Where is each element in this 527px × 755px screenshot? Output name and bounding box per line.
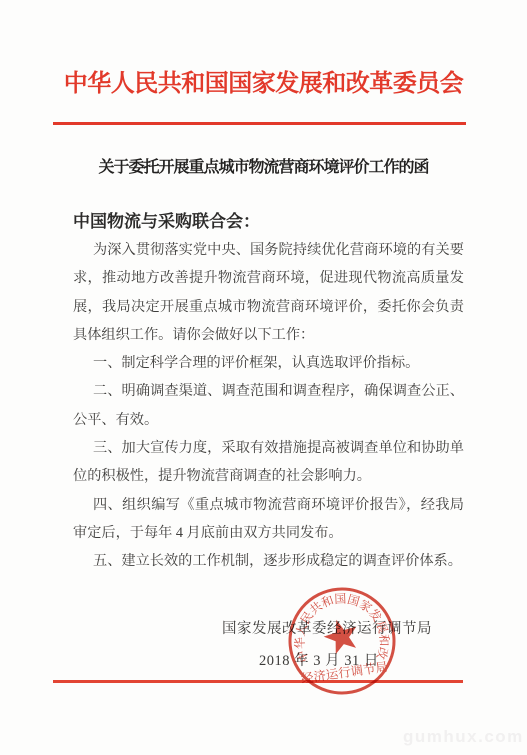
body-paragraph-item2: 二、明确调查渠道、调查范围和调查程序，确保调查公正、公平、有效。 bbox=[73, 377, 464, 434]
body-paragraph-item4: 四、组织编写《重点城市物流营商环境评价报告》，经我局审定后，于每年 4 月底前由… bbox=[73, 491, 464, 548]
watermark-text: gumhux.com bbox=[403, 727, 524, 747]
document-body: 为深入贯彻落实党中央、国务院持续优化营商环境的有关要求，推动地方改善提升物流营商… bbox=[73, 236, 464, 576]
letterhead-title: 中华人民共和国国家发展和改革委员会 bbox=[0, 63, 527, 98]
star-icon bbox=[320, 615, 362, 656]
official-seal: 中华人民共和国国家发展和改革委员会 经济运行调节局 bbox=[266, 565, 418, 717]
document-title: 关于委托开展重点城市物流营商环境评价工作的函 bbox=[0, 154, 527, 177]
scanned-official-letter: 中华人民共和国国家发展和改革委员会 关于委托开展重点城市物流营商环境评价工作的函… bbox=[0, 0, 527, 755]
body-paragraph-item1: 一、制定科学合理的评价框架，认真选取评价指标。 bbox=[73, 349, 464, 377]
recipient-line: 中国物流与采购联合会： bbox=[73, 207, 260, 232]
body-paragraph-item3: 三、加大宣传力度，采取有效措施提高被调查单位和协助单位的积极性，提升物流营商调查… bbox=[73, 434, 464, 491]
seal-ring-text: 中华人民共和国国家发展和改革委员会 bbox=[266, 565, 393, 671]
letterhead-divider bbox=[53, 122, 466, 125]
body-paragraph-intro: 为深入贯彻落实党中央、国务院持续优化营商环境的有关要求，推动地方改善提升物流营商… bbox=[73, 236, 464, 349]
